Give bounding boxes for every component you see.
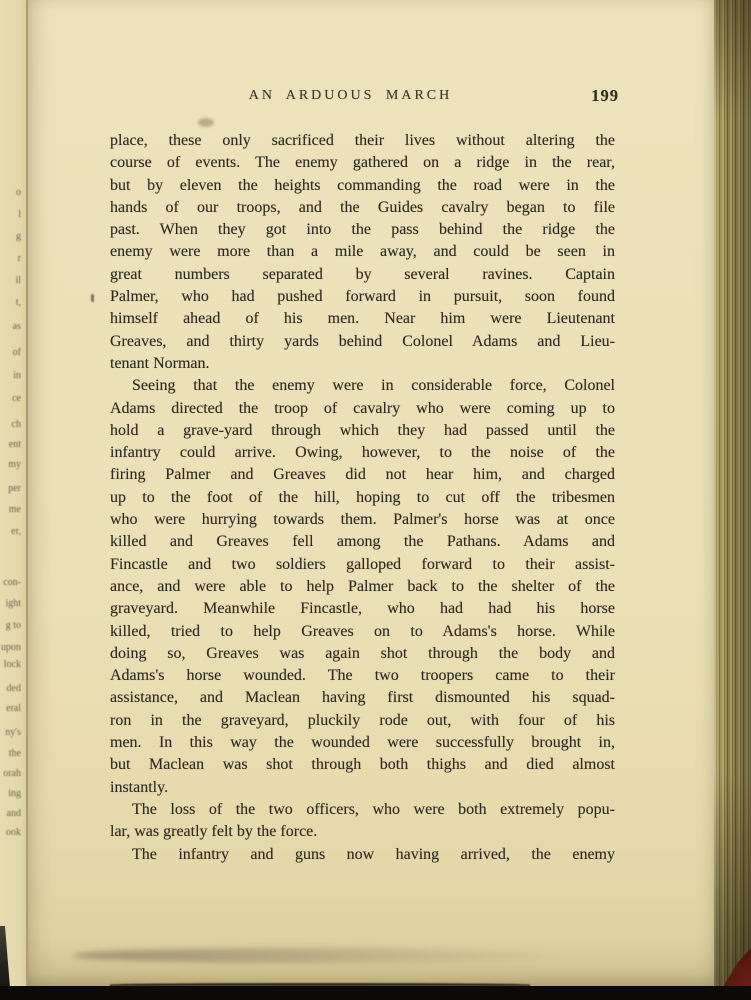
running-header: AN ARDUOUS MARCH 199 — [110, 88, 615, 110]
scan-bottom-edge — [0, 986, 751, 1000]
text-line: assistance, and Maclean having first dis… — [110, 687, 615, 709]
text-line: instantly. — [110, 777, 615, 799]
facing-page-text-fragment: ent — [9, 440, 21, 450]
facing-page-text-fragment: me — [9, 505, 21, 515]
text-line: Fincastle and two soldiers galloped forw… — [110, 554, 615, 576]
text-line: graveyard. Meanwhile Fincastle, who had … — [110, 598, 615, 620]
facing-page-text-fragment: per — [8, 484, 21, 494]
facing-page-text-fragment: of — [13, 348, 21, 358]
facing-page-text-fragment: ce — [12, 394, 21, 404]
body-text: place, these only sacrificed their lives… — [110, 130, 615, 866]
text-line: hands of our troops, and the Guides cava… — [110, 197, 615, 219]
text-line: great numbers separated by several ravin… — [110, 264, 615, 286]
facing-page-text-fragment: g — [16, 232, 21, 242]
text-line: Seeing that the enemy were in considerab… — [110, 375, 615, 397]
text-line: Adams's horse wounded. The two troopers … — [110, 665, 615, 687]
text-line: place, these only sacrificed their lives… — [110, 130, 615, 152]
facing-page-text-fragment: ch — [12, 420, 21, 430]
facing-page-text-fragment: ook — [6, 828, 21, 838]
text-line: Greaves, and thirty yards behind Colonel… — [110, 331, 615, 353]
facing-page-text-fragment: ded — [7, 684, 21, 694]
text-line: enemy were more than a mile away, and co… — [110, 241, 615, 263]
text-line: tenant Norman. — [110, 353, 615, 375]
bottom-shadow-artifact — [73, 948, 563, 963]
text-line: up to the foot of the hill, hoping to cu… — [110, 487, 615, 509]
text-line: ance, and were able to help Palmer back … — [110, 576, 615, 598]
facing-page-text-fragment: ny's — [5, 728, 21, 738]
text-line: killed, tried to help Greaves on to Adam… — [110, 621, 615, 643]
text-line: course of events. The enemy gathered on … — [110, 152, 615, 174]
facing-page-text-fragment: orah — [3, 769, 21, 779]
text-line: Adams directed the troop of cavalry who … — [110, 398, 615, 420]
facing-page-text-fragment: l — [18, 210, 21, 220]
facing-page-text-fragment: ight — [5, 599, 21, 609]
facing-page-text-fragment: r — [18, 254, 21, 264]
facing-page-text-fragment: the — [9, 749, 21, 759]
facing-page-text-fragment: and — [7, 809, 21, 819]
facing-page-edge: olgrilt,asofincechentmypermeer,con-ightg… — [0, 0, 30, 986]
page-header-title: AN ARDUOUS MARCH — [98, 88, 603, 104]
book-page: AN ARDUOUS MARCH 199 place, these only s… — [28, 0, 715, 986]
facing-page-text-fragment: er, — [11, 527, 21, 537]
facing-page-text-fragment: ing — [8, 789, 21, 799]
stray-mark-artifact — [91, 294, 94, 302]
text-line: himself ahead of his men. Near him were … — [110, 308, 615, 330]
text-line: doing so, Greaves was again shot through… — [110, 643, 615, 665]
facing-page-text-fragment: con- — [3, 578, 21, 588]
text-line: ron in the graveyard, pluckily rode out,… — [110, 710, 615, 732]
text-line: The loss of the two officers, who were b… — [110, 799, 615, 821]
facing-page-text-fragment: in — [13, 371, 21, 381]
facing-page-text-fragment: upon — [1, 643, 21, 653]
text-line: firing Palmer and Greaves did not hear h… — [110, 464, 615, 486]
text-line: killed and Greaves fell among the Pathan… — [110, 531, 615, 553]
page-number: 199 — [591, 86, 619, 106]
facing-page-text-fragment: il — [15, 276, 21, 286]
text-line: The infantry and guns now having arrived… — [110, 844, 615, 866]
facing-page-text-fragment: my — [8, 460, 21, 470]
facing-page-text-fragment: t, — [16, 298, 21, 308]
text-line: past. When they got into the pass behind… — [110, 219, 615, 241]
facing-page-text-fragment: eral — [6, 704, 21, 714]
facing-page-text-fragment: as — [13, 322, 21, 332]
page-edges-stack — [714, 0, 751, 990]
book-scan: olgrilt,asofincechentmypermeer,con-ightg… — [0, 0, 751, 1000]
facing-page-text-fragment: o — [16, 188, 21, 198]
text-line: who were hurrying towards them. Palmer's… — [110, 509, 615, 531]
text-line: men. In this way the wounded were succes… — [110, 732, 615, 754]
text-line: lar, was greatly felt by the force. — [110, 821, 615, 843]
ink-smudge-artifact — [198, 118, 214, 127]
text-line: but Maclean was shot through both thighs… — [110, 754, 615, 776]
text-line: but by eleven the heights commanding the… — [110, 175, 615, 197]
text-line: hold a grave-yard through which they had… — [110, 420, 615, 442]
text-line: Palmer, who had pushed forward in pursui… — [110, 286, 615, 308]
facing-page-text-fragment: lock — [4, 660, 21, 670]
facing-page-text-fragment: g to — [6, 621, 21, 631]
text-line: infantry could arrive. Owing, however, t… — [110, 442, 615, 464]
